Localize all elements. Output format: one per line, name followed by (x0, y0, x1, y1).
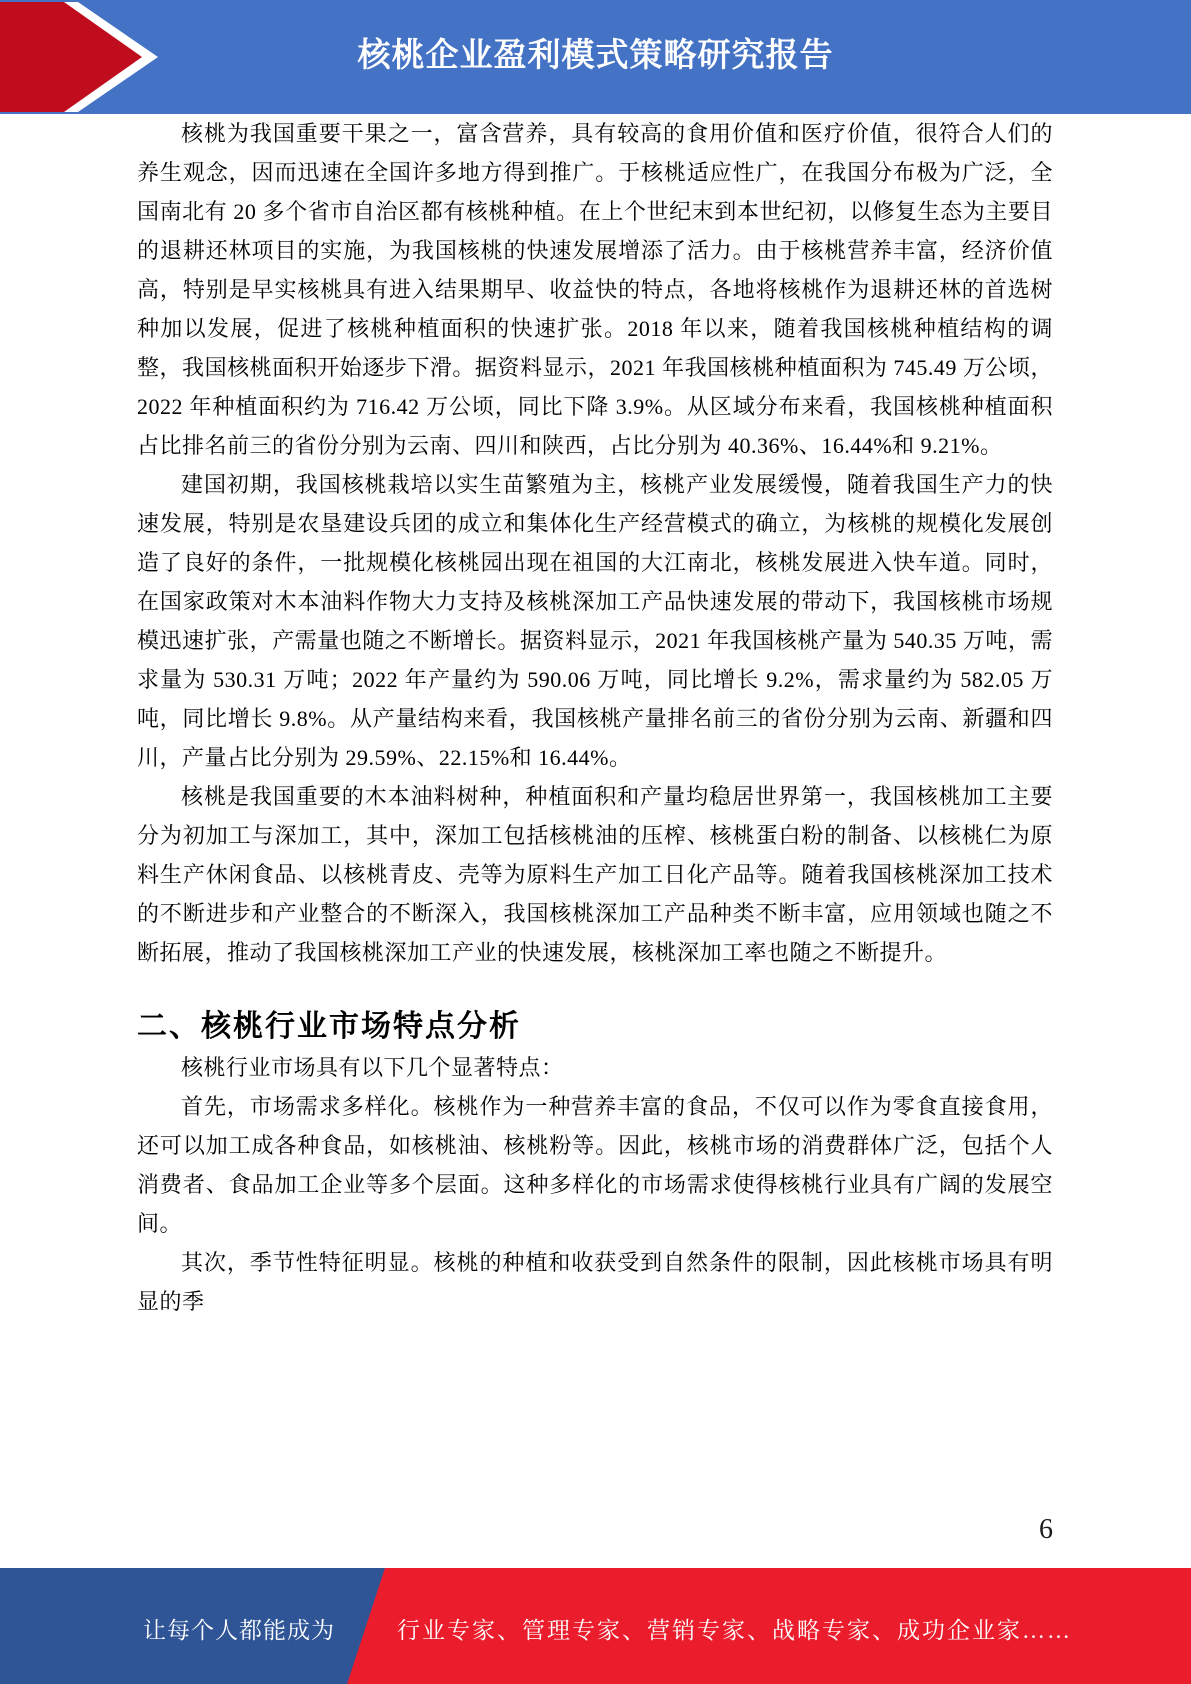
document-body: 核桃为我国重要干果之一，富含营养，具有较高的食用价值和医疗价值，很符合人们的养生… (137, 114, 1053, 1321)
body-paragraph: 建国初期，我国核桃栽培以实生苗繁殖为主，核桃产业发展缓慢，随着我国生产力的快速发… (137, 465, 1053, 777)
section-heading: 二、核桃行业市场特点分析 (137, 1006, 1053, 1048)
body-paragraph: 首先，市场需求多样化。核桃作为一种营养丰富的食品，不仅可以作为零食直接食用，还可… (137, 1087, 1053, 1243)
footer-slogan-left: 让每个人都能成为 (143, 1612, 335, 1645)
page-header: 核桃企业盈利模式策略研究报告 (0, 0, 1191, 114)
page-number: 6 (1039, 1514, 1053, 1546)
page-footer: 让每个人都能成为 行业专家、管理专家、营销专家、战略专家、成功企业家…… (0, 1568, 1191, 1684)
body-paragraph: 核桃行业市场具有以下几个显著特点： (137, 1048, 1053, 1087)
footer-slogan-right: 行业专家、管理专家、营销专家、战略专家、成功企业家…… (397, 1612, 1072, 1645)
body-paragraph: 核桃是我国重要的木本油料树种，种植面积和产量均稳居世界第一，我国核桃加工主要分为… (137, 777, 1053, 972)
body-paragraph: 其次，季节性特征明显。核桃的种植和收获受到自然条件的限制，因此核桃市场具有明显的… (137, 1243, 1053, 1321)
report-title: 核桃企业盈利模式策略研究报告 (0, 0, 1191, 114)
report-page: 核桃企业盈利模式策略研究报告 核桃为我国重要干果之一，富含营养，具有较高的食用价… (0, 0, 1191, 1684)
body-paragraph: 核桃为我国重要干果之一，富含营养，具有较高的食用价值和医疗价值，很符合人们的养生… (137, 114, 1053, 465)
